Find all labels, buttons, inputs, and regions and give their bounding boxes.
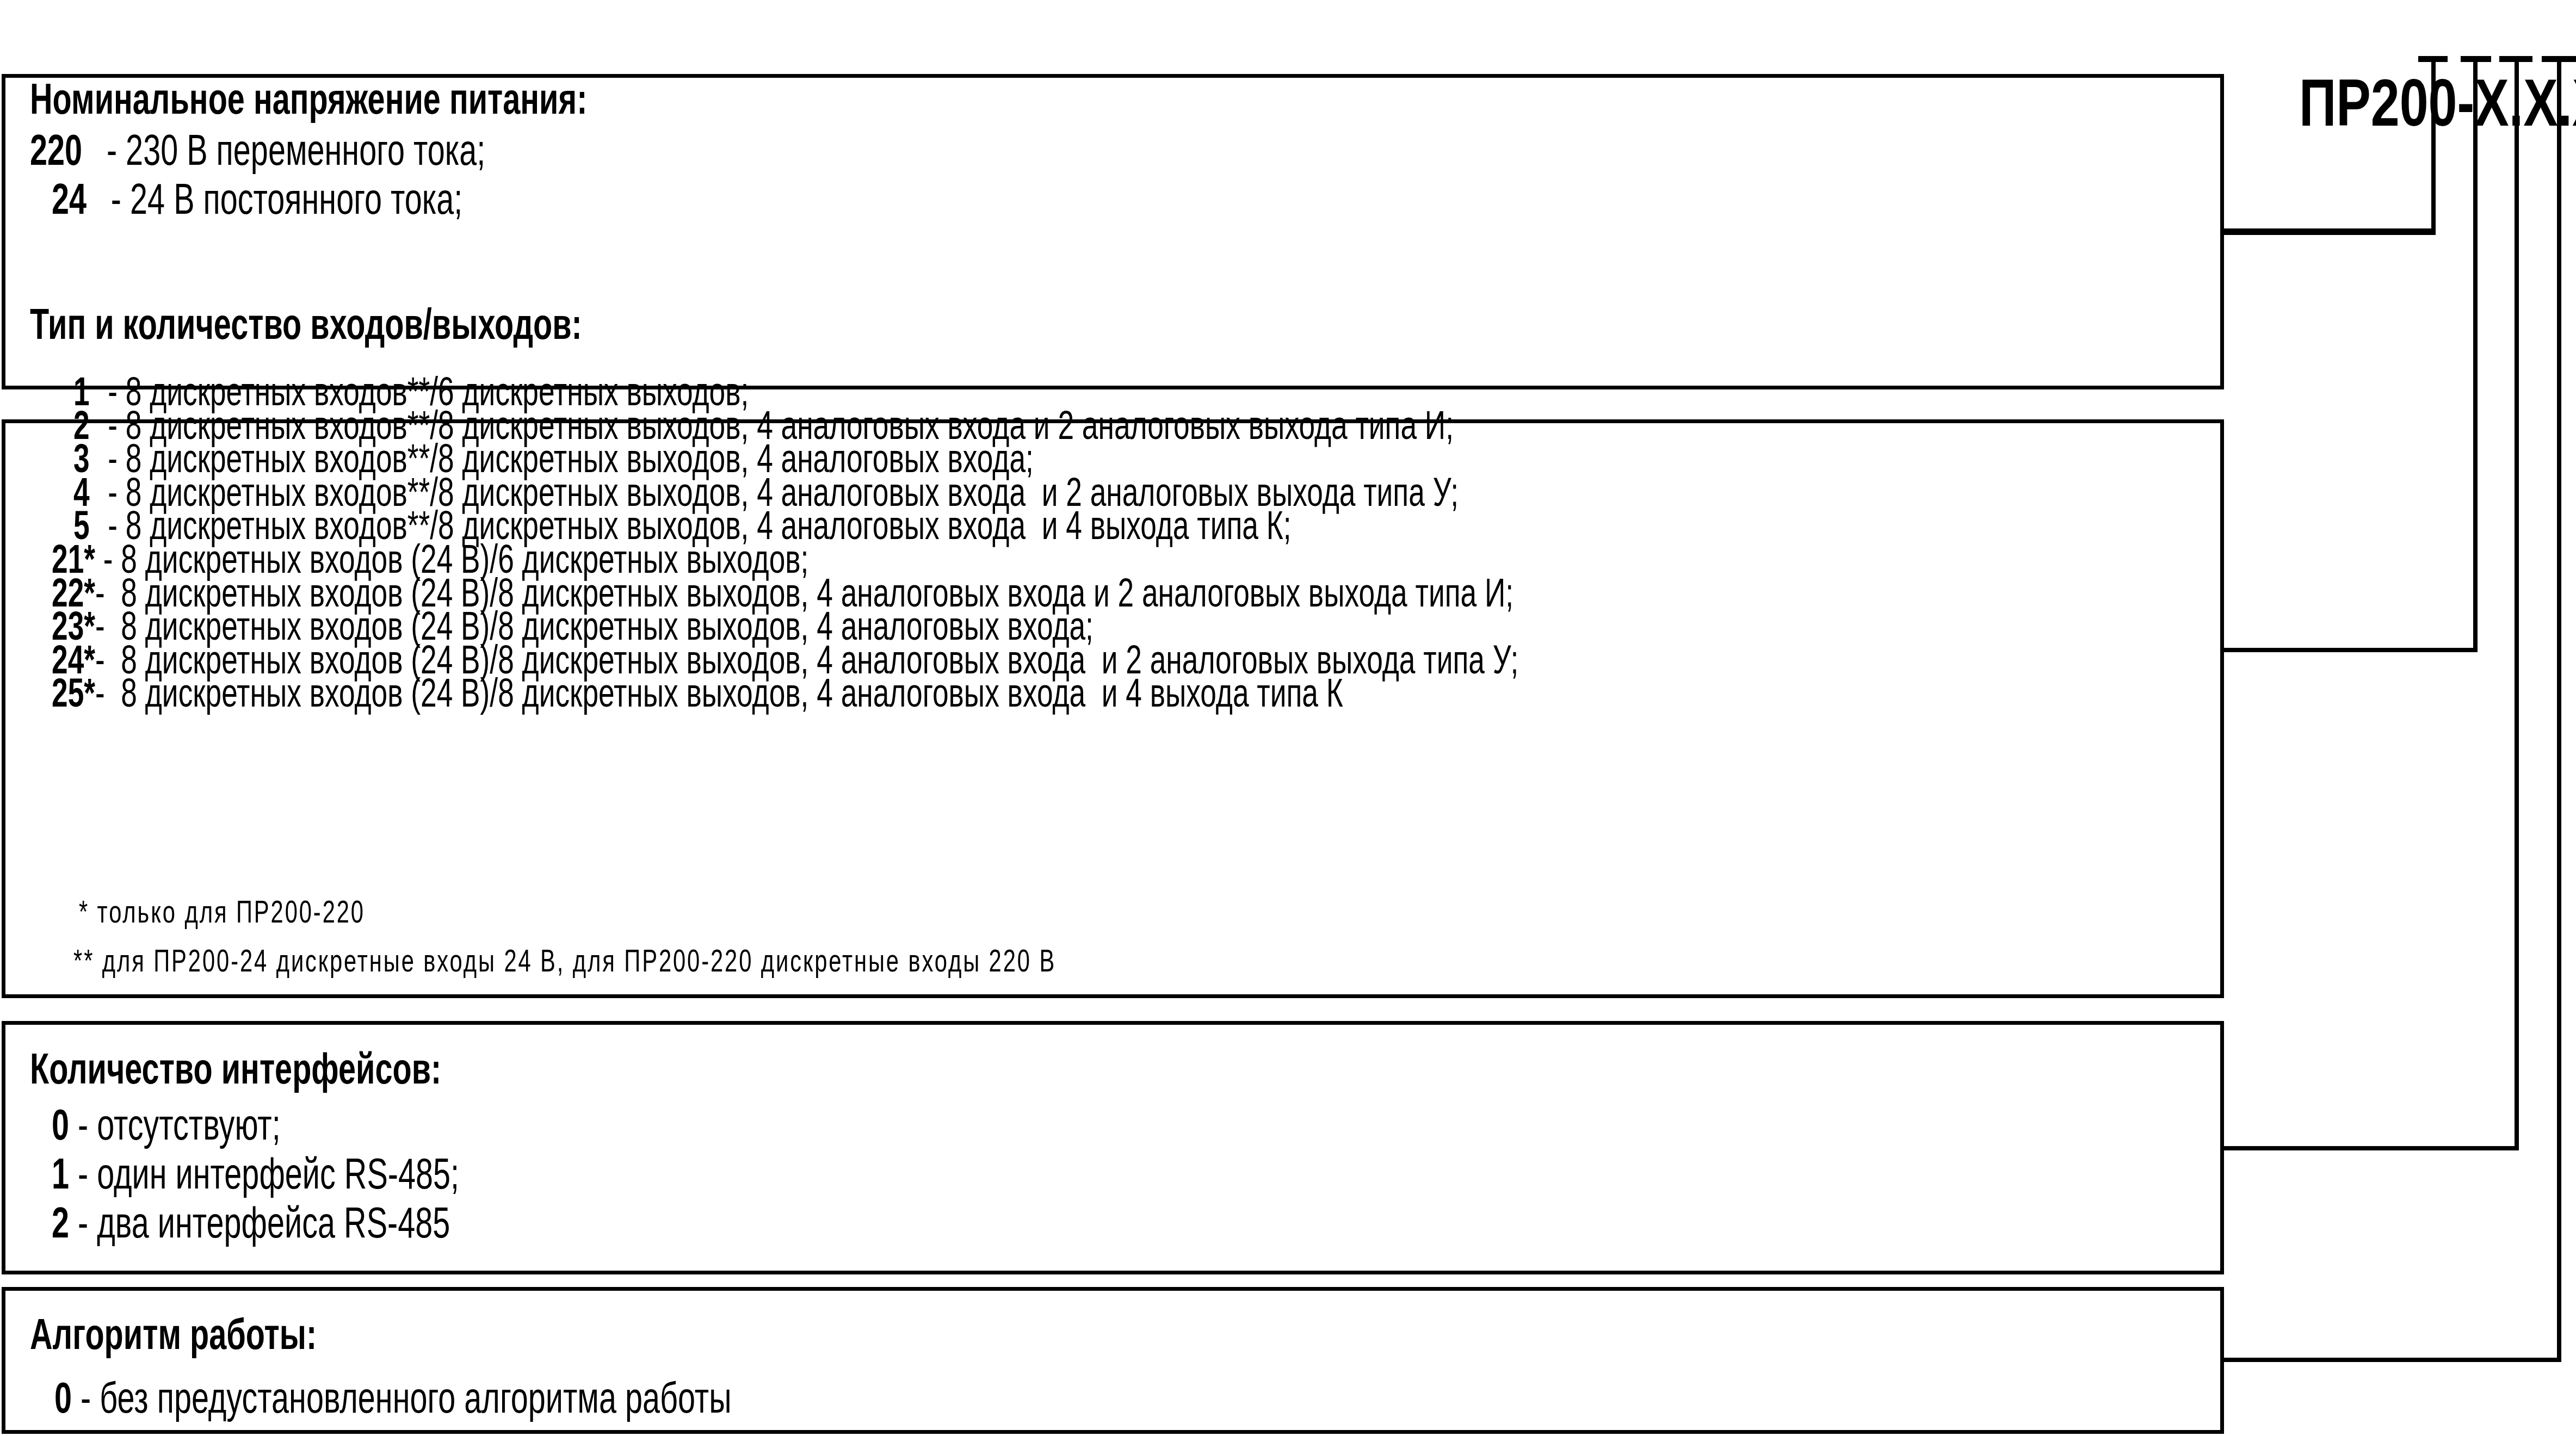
leader-3-horizontal (2220, 1146, 2519, 1150)
code-segment-3: X (2572, 66, 2576, 140)
option-text: - два интерфейса RS-485 (69, 1198, 450, 1247)
footnote: * только для ПР200-220 (79, 896, 365, 928)
leader-1-horizontal (2220, 228, 2436, 235)
section-title: Алгоритм работы: (30, 1313, 317, 1356)
leader-2-horizontal (2220, 648, 2478, 652)
leader-1-vertical (2431, 60, 2436, 235)
option-code: 220 (30, 126, 82, 174)
option-text: - 230 В переменного тока; (98, 126, 485, 174)
leader-2-vertical (2473, 60, 2478, 652)
option-text: - 8 дискретных входов (24 В)/8 дискретны… (95, 670, 1343, 715)
option-row: 1 - один интерфейс RS-485; (52, 1152, 459, 1196)
section-title: Номинальное напряжение питания: (30, 77, 587, 121)
option-row: 220 - 230 В переменного тока; (30, 128, 485, 172)
option-code: 25* (52, 670, 95, 715)
leader-4-vertical (2557, 60, 2561, 1362)
code-segment-1: X (2474, 66, 2509, 140)
option-code: 0 (52, 1100, 69, 1149)
section-title: Количество интерфейсов: (30, 1047, 441, 1091)
option-row: 0 - без предустановленного алгоритма раб… (54, 1376, 732, 1420)
model-code-prefix: ПР200- (2299, 66, 2474, 140)
option-row: 25*- 8 дискретных входов (24 В)/8 дискре… (52, 673, 1343, 713)
option-code: 2 (52, 1198, 69, 1247)
option-row: 2 - два интерфейса RS-485 (52, 1201, 450, 1245)
option-row: 0 - отсутствуют; (52, 1103, 281, 1147)
model-code: ПР200-X.X.X.X (2270, 3, 2576, 136)
section-title: Тип и количество входов/выходов: (30, 302, 582, 346)
leader-3-vertical (2515, 60, 2519, 1150)
option-row: 24 - 24 В постоянного тока; (52, 177, 462, 221)
leader-4-horizontal (2220, 1358, 2561, 1362)
option-text: - отсутствуют; (69, 1100, 281, 1149)
code-segment-2: X (2523, 66, 2558, 140)
option-code: 1 (52, 1149, 69, 1198)
option-code: 24 (52, 175, 87, 223)
footnote: ** для ПР200-24 дискретные входы 24 В, д… (73, 945, 1056, 977)
option-text: - один интерфейс RS-485; (69, 1149, 459, 1198)
option-text: - без предустановленного алгоритма работ… (72, 1373, 732, 1422)
option-text: - 24 В постоянного тока; (102, 175, 462, 223)
option-code: 0 (54, 1373, 72, 1422)
